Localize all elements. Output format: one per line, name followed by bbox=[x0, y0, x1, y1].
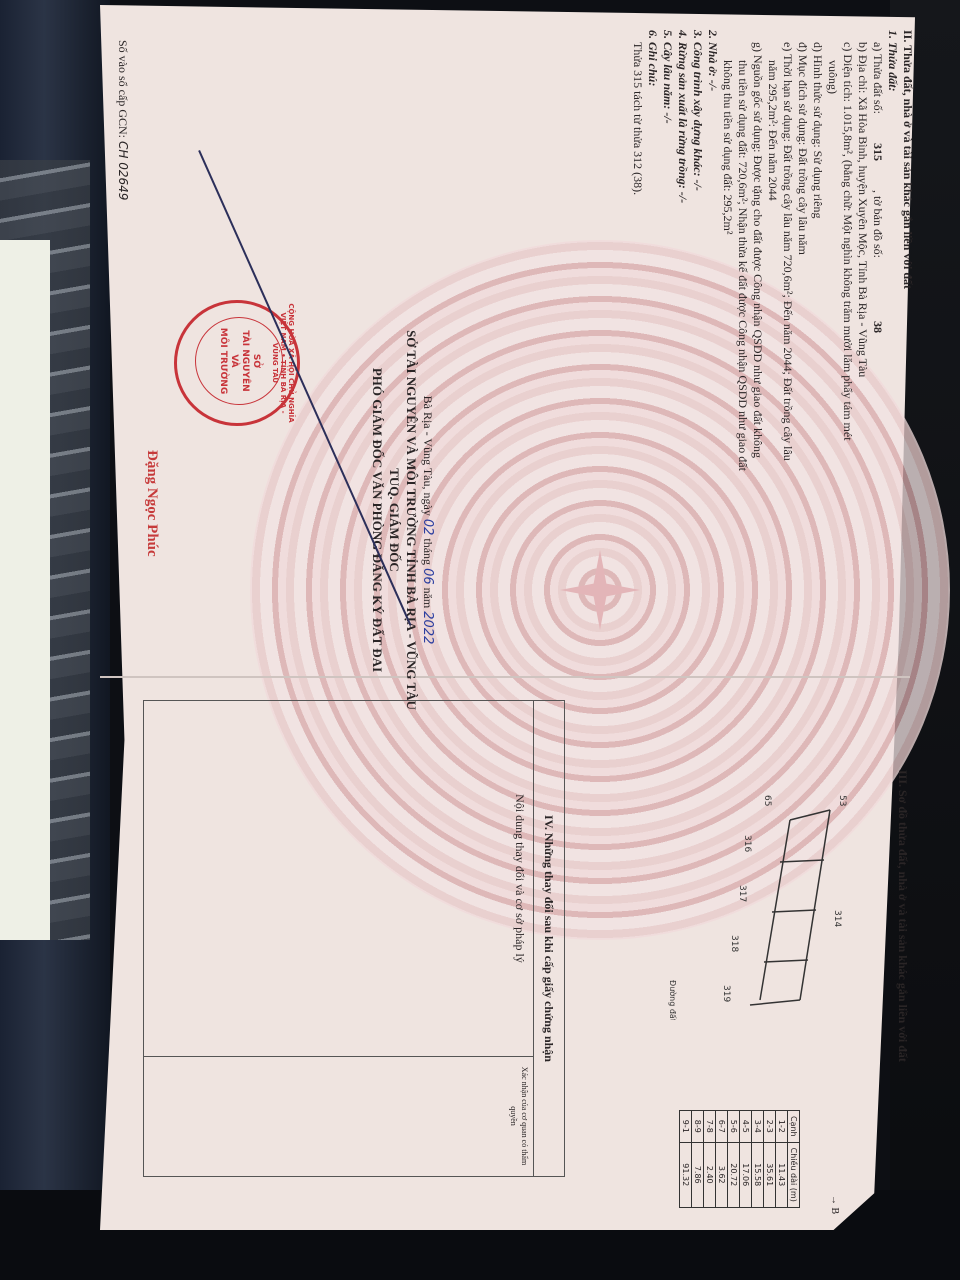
official-seal: CỘNG HÒA XÃ HỘI CHỦ NGHĨA VIỆT NAM • TỈN… bbox=[174, 300, 300, 426]
road-label: Đường đất bbox=[668, 980, 678, 1020]
section-3-title: III. Sơ đồ thửa đất, nhà ở và tài sản kh… bbox=[895, 770, 910, 1062]
notes-heading: 6. Ghi chú: bbox=[645, 30, 660, 650]
edge-row: 8-97.86 bbox=[692, 1111, 704, 1208]
map-sheet-number: 38 bbox=[871, 261, 885, 333]
seal-center: SỞ TÀI NGUYÊN VÀ MÔI TRƯỜNG bbox=[195, 317, 283, 405]
area-cont: vuông) bbox=[825, 30, 840, 650]
change-content-header: Nội dung thay đổi và cơ sở pháp lý bbox=[506, 701, 534, 1056]
section-4-title: IV. Những thay đổi sau khi cấp giấy chứn… bbox=[533, 701, 564, 1176]
registry-label: Số vào sổ cấp GCN: bbox=[116, 40, 130, 138]
address: b) Địa chỉ: Xã Hòa Bình, huyện Xuyên Mộc… bbox=[855, 30, 870, 650]
parcel-diagram: 5331431731831931665Đường đất bbox=[640, 790, 860, 1020]
origin-cont-1: thu tiền sử dụng đất: 720,6m²; Nhận thừa… bbox=[735, 30, 750, 650]
length-header: Chiều dài (m) bbox=[788, 1142, 800, 1207]
certificate-content: II. Thửa đất, nhà ở và tài sản khác gắn … bbox=[0, 0, 960, 1280]
production-forest: 4. Rừng sản xuất là rừng trồng: -/- bbox=[675, 30, 690, 650]
other-construction: 3. Công trình xây dựng khác: -/- bbox=[690, 30, 705, 650]
parcel-label: a) Thửa đất số: bbox=[871, 42, 885, 114]
column-divider bbox=[144, 1056, 534, 1057]
neighbor-parcel-label: 318 bbox=[729, 935, 739, 952]
usage-term: e) Thời hạn sử dụng: Đất trồng cây lâu n… bbox=[780, 30, 795, 650]
origin: g) Nguồn gốc sử dụng: Được tặng cho đất … bbox=[750, 30, 765, 650]
parcel-line: a) Thửa đất số: 315 , tờ bản đồ số: 38 bbox=[870, 30, 885, 650]
registry-number: Số vào sổ cấp GCN: CH 02649 bbox=[115, 40, 130, 200]
signer-name: Đặng Ngọc Phúc bbox=[143, 450, 160, 557]
date-prefix: Bà Rịa - Vũng Tàu, ngày bbox=[421, 396, 435, 516]
usage-term-cont: năm 295,2m²: Đến năm 2044 bbox=[765, 30, 780, 650]
parcel-number: 315 bbox=[871, 117, 885, 187]
section-4-changes: IV. Những thay đổi sau khi cấp giấy chứn… bbox=[143, 700, 565, 1177]
edge-header: Cạnh bbox=[788, 1111, 800, 1143]
area: c) Diện tích: 1.015,8m², (bằng chữ: Một … bbox=[840, 30, 855, 650]
date-month: 06 bbox=[420, 568, 435, 585]
year-label: năm bbox=[421, 588, 435, 609]
section-2-title: II. Thửa đất, nhà ở và tài sản khác gắn … bbox=[900, 30, 915, 650]
edge-length-table: Cạnh Chiều dài (m) 1-211.432-335.613-415… bbox=[679, 1110, 800, 1208]
usage-purpose: đ) Mục đích sử dụng: Đất trồng cây lâu n… bbox=[795, 30, 810, 650]
edge-row: 4-517.06 bbox=[740, 1111, 752, 1208]
house: 2. Nhà ở: -/- bbox=[705, 30, 720, 650]
seal-line-2: TÀI NGUYÊN bbox=[239, 318, 250, 404]
map-sheet-label: , tờ bản đồ số: bbox=[871, 190, 885, 258]
neighbor-parcel-label: 314 bbox=[832, 910, 842, 927]
land-heading: 1. Thửa đất: bbox=[885, 30, 900, 650]
edge-row: 1-211.43 bbox=[776, 1111, 788, 1208]
notes: Thửa 315 tách từ thửa 312 (38). bbox=[630, 30, 645, 650]
neighbor-parcel-label: 53 bbox=[837, 795, 847, 806]
edge-row: 5-620.72 bbox=[728, 1111, 740, 1208]
edge-row: 2-335.61 bbox=[764, 1111, 776, 1208]
date-year: 2022 bbox=[420, 611, 435, 644]
usage-form: d) Hình thức sử dụng: Sử dụng riêng bbox=[810, 30, 825, 650]
confirmation-header: Xác nhận của cơ quan có thẩm quyền bbox=[490, 1056, 534, 1175]
neighbor-parcel-label: 319 bbox=[721, 985, 731, 1002]
origin-cont-2: không thu tiền sử dụng đất: 295,2m² bbox=[720, 30, 735, 650]
seal-line-1: SỞ bbox=[250, 318, 261, 404]
north-arrow-icon: → B bbox=[829, 1195, 840, 1214]
section-2: II. Thửa đất, nhà ở và tài sản khác gắn … bbox=[630, 30, 915, 650]
seal-line-3: VÀ bbox=[228, 318, 239, 404]
edge-row: 9-191.32 bbox=[680, 1111, 692, 1208]
registry-value: CH 02649 bbox=[116, 141, 130, 200]
neighbor-parcel-label: 317 bbox=[737, 885, 747, 902]
perennial-trees: 5. Cây lâu năm: -/- bbox=[660, 30, 675, 650]
seal-line-4: MÔI TRƯỜNG bbox=[217, 318, 228, 404]
neighbor-parcel-label: 316 bbox=[742, 835, 752, 852]
edge-row: 6-73.62 bbox=[716, 1111, 728, 1208]
edge-row: 3-415.58 bbox=[752, 1111, 764, 1208]
neighbor-parcel-label: 65 bbox=[762, 795, 772, 806]
north-label: B bbox=[829, 1208, 840, 1215]
edge-row: 7-82.40 bbox=[704, 1111, 716, 1208]
month-label: tháng bbox=[421, 538, 435, 565]
date-day: 02 bbox=[420, 519, 435, 536]
